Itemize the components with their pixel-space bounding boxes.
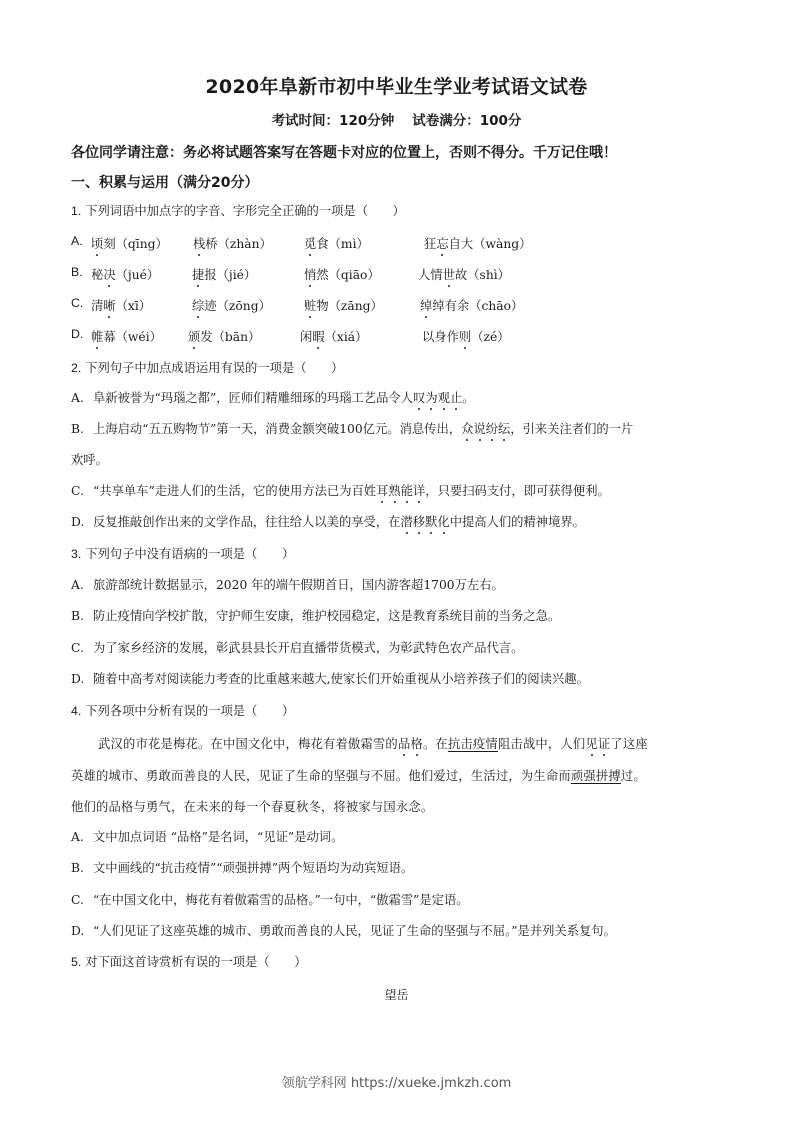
question-4-option-c: C.“在中国文化中，梅花有着傲霜雪的品格。”一句中，“傲霜雪”是定语。	[71, 892, 469, 908]
question-5-stem: 5. 对下面这首诗赏析有误的一项是（ ）	[71, 954, 307, 970]
passage-line-1: 武汉的市花是梅花。在中国文化中，梅花有着傲霜雪的品格。在抗击疫情阻击战中，人们见…	[98, 734, 648, 752]
exam-time: 考试时间：120分钟	[272, 113, 395, 129]
question-3-option-c: C.为了家乡经济的发展，彰武县县长开启直播带货模式，为彰武特色农产品代言。	[71, 640, 523, 656]
question-3-option-b: B.防止疫情向学校扩散，守护师生安康，维护校园稳定，这是教育系统目前的当务之急。	[71, 608, 560, 624]
option-item: 综迹（zōng）	[192, 296, 271, 314]
underlined-phrase: 抗击疫情	[448, 737, 498, 751]
passage-line-3: 他们的品格与勇气，在未来的每一个春夏秋冬，将被家与国永念。	[71, 797, 433, 815]
option-item: 清晰（xī）	[91, 296, 151, 314]
underlined-phrase: 顽强拼搏	[571, 769, 621, 783]
dotted-word-pinge: 品格	[398, 737, 423, 751]
option-item: 赃物（zāng）	[304, 296, 383, 314]
exam-title: 2020年阜新市初中毕业生学业考试语文试卷	[0, 72, 793, 99]
question-4-option-a: A.文中加点词语 “品格”是名词，“见证”是动词。	[71, 829, 343, 845]
option-item: 秘决（jué）	[91, 265, 159, 283]
question-1-stem: 1. 下列词语中加点字的字音、字形完全正确的一项是（ ）	[71, 203, 405, 219]
section-heading: 一、积累与运用（满分20分）	[71, 172, 258, 192]
question-4-stem: 4. 下列各项中分析有误的一项是（ ）	[71, 703, 294, 719]
question-4-option-b: B.文中画线的“抗击疫情”“顽强拼搏”两个短语均为动宾短语。	[71, 860, 413, 876]
option-item: 悄然（qiāo）	[304, 265, 380, 283]
option-item: 以身作则（zé）	[422, 327, 510, 345]
option-item: 帷幕（wéi）	[91, 327, 162, 345]
option-item: 觅食（mì）	[304, 234, 369, 252]
option-item: 栈桥（zhàn）	[193, 234, 272, 252]
option-item: 颁发（bān）	[188, 327, 260, 345]
dotted-idiom: 叹为观止	[413, 391, 462, 405]
passage-line-2: 英雄的城市、勇敢而善良的人民，见证了生命的坚强与不屈。他们爱过，生活过，为生命而…	[71, 766, 646, 784]
question-4-option-d: D.“人们见证了这座英雄的城市、勇敢而善良的人民，见证了生命的坚强与不屈。”是并…	[71, 923, 616, 939]
dotted-idiom: 众说纷纭	[461, 422, 510, 436]
question-3-option-d: D.随着中高考对阅读能力考查的比重越来越大,使家长们开始重视从小培养孩子们的阅读…	[71, 671, 589, 687]
option-item: 捷报（jié）	[192, 265, 256, 283]
option-item: 顷刻（qīng）	[91, 234, 168, 252]
option-item: 绰绰有余（chāo）	[420, 296, 523, 314]
question-2-option-b: B.上海启动“五五购物节”第一天，消费金额突破100亿元。消息传出，众说纷纭，引…	[71, 421, 633, 437]
question-2-option-d: D.反复推敲创作出来的文学作品，往往给人以美的享受，在潜移默化中提高人们的精神境…	[71, 514, 585, 530]
dotted-idiom: 潜移默化	[400, 515, 449, 529]
full-score: 试卷满分：100分	[412, 113, 521, 129]
option-item: 狂忘自大（wàng）	[424, 234, 531, 252]
exam-page: 2020年阜新市初中毕业生学业考试语文试卷 考试时间：120分钟试卷满分：100…	[0, 0, 793, 1122]
poem-title: 望岳	[0, 986, 793, 1003]
question-2-option-b-continued: 欢呼。	[71, 452, 108, 468]
question-2-stem: 2. 下列句子中加点成语运用有误的一项是（ ）	[71, 360, 343, 376]
dotted-idiom: 耳熟能详	[376, 484, 425, 498]
exam-info: 考试时间：120分钟试卷满分：100分	[0, 109, 793, 129]
question-2-option-a: A.阜新被誉为“玛瑙之都”，匠师们精雕细琢的玛瑙工艺品令人叹为观止。	[71, 390, 475, 406]
question-3-stem: 3. 下列句子中没有语病的一项是（ ）	[71, 546, 294, 562]
option-item: 人情世故（shì）	[418, 265, 510, 283]
question-3-option-a: A.旅游部统计数据显示，2020 年的端午假期首日，国内游客超1700万左右。	[71, 577, 504, 593]
exam-notice: 各位同学请注意：务必将试题答案写在答题卡对应的位置上，否则不得分。千万记住哦！	[71, 142, 617, 162]
question-2-option-c: C.“共享单车”走进人们的生活，它的使用方法已为百姓耳熟能详，只要扫码支付，即可…	[71, 483, 610, 499]
dotted-word-jianzheng: 见证	[585, 737, 610, 751]
footer-watermark: 领航学科网 https://xueke.jmkzh.com	[0, 1072, 793, 1091]
option-item: 闲暇（xiá）	[300, 327, 367, 345]
